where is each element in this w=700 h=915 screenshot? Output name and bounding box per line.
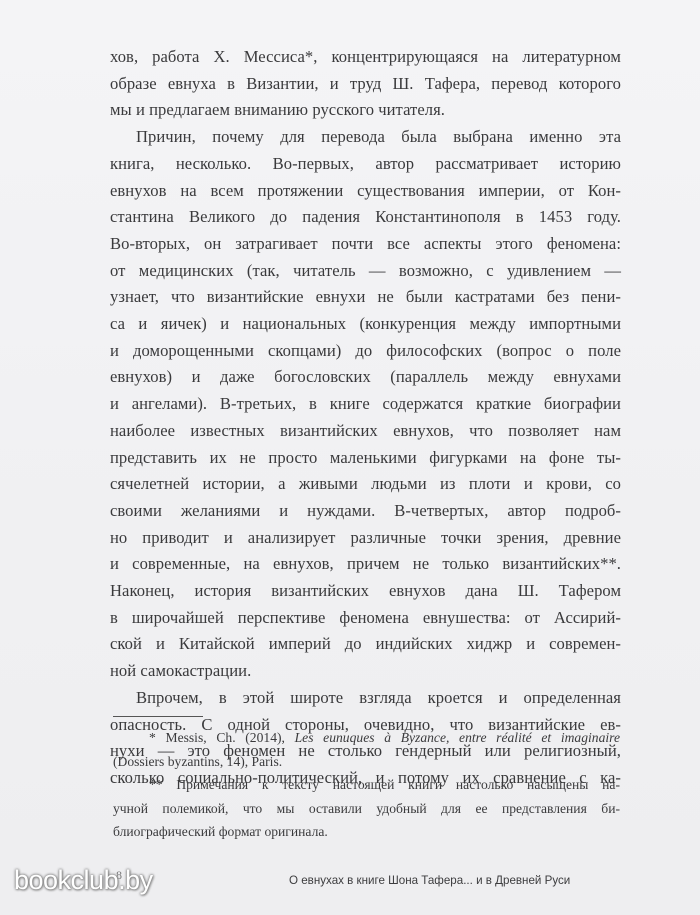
footnote-book-title: Les eunuques à Byzance, entre réalité et… [295,730,620,745]
text-line: образе евнуха в Византии, и труд Ш. Тафе… [110,71,621,98]
text-line: узнает, что византийские евнухи не были … [110,284,621,311]
text-line: Во-вторых, он затрагивает почти все аспе… [110,231,621,258]
text-line: мы и предлагаем вниманию русского читате… [110,97,621,124]
text-line: Впрочем, в этой широте взгляда кроется и… [110,685,621,712]
footnote-line: блиографический формат оригинала. [113,820,620,844]
body-text: хов, работа Х. Мессиса*, концентрирующая… [110,44,621,792]
text-line: ной самокастрации. [110,658,621,685]
text-line: са и яичек) и национальных (конкуренция … [110,311,621,338]
footnotes: * Messis, Ch. (2014), Les eunuques à Byz… [113,726,620,844]
footnote-line: учной полемикой, что мы оставили удобный… [113,797,620,821]
watermark-logo: bookclub.by [14,865,153,896]
footnote-line: ** Примечания к тексту настоящей книги н… [113,773,620,797]
text-line: Причин, почему для перевода была выбрана… [110,124,621,151]
text-line: своими желаниями и нуждами. В-четвертых,… [110,498,621,525]
footnote-line: (Dossiers byzantins, 14), Paris. [113,750,620,774]
text-line: наиболее известных византийских евнухов,… [110,418,621,445]
footnote-separator [113,716,203,717]
text-line: хов, работа Х. Мессиса*, концентрирующая… [110,44,621,71]
text-line: ской и Китайской империй до индийских хи… [110,631,621,658]
text-line: сячелетней истории, а живыми людьми из п… [110,471,621,498]
text-line: книга, несколько. Во-первых, автор рассм… [110,151,621,178]
text-line: Наконец, история византийских евнухов да… [110,578,621,605]
text-line: и доморощенными скопцами) до философских… [110,338,621,365]
text-line: но приводит и анализирует различные точк… [110,525,621,552]
text-line: представить их не просто маленькими фигу… [110,445,621,472]
text-line: евнухов на всем протяжении существования… [110,178,621,205]
text-line: в широчайшей перспективе феномена евнуше… [110,605,621,632]
text-line: и современные, на евнухов, причем не тол… [110,551,621,578]
book-page: хов, работа Х. Мессиса*, концентрирующая… [0,0,700,915]
text-line: стантина Великого до падения Константино… [110,204,621,231]
text-line: от медицинских (так, читатель — возможно… [110,258,621,285]
footnote-line: * Messis, Ch. (2014), Les eunuques à Byz… [113,726,620,750]
running-head: О евнухах в книге Шона Тафера... и в Дре… [289,874,570,887]
text-line: и ангелами). В-третьих, в книге содержат… [110,391,621,418]
text-line: евнухов) и даже богословских (параллель … [110,364,621,391]
footnote-text: * Messis, Ch. (2014), [149,730,295,745]
